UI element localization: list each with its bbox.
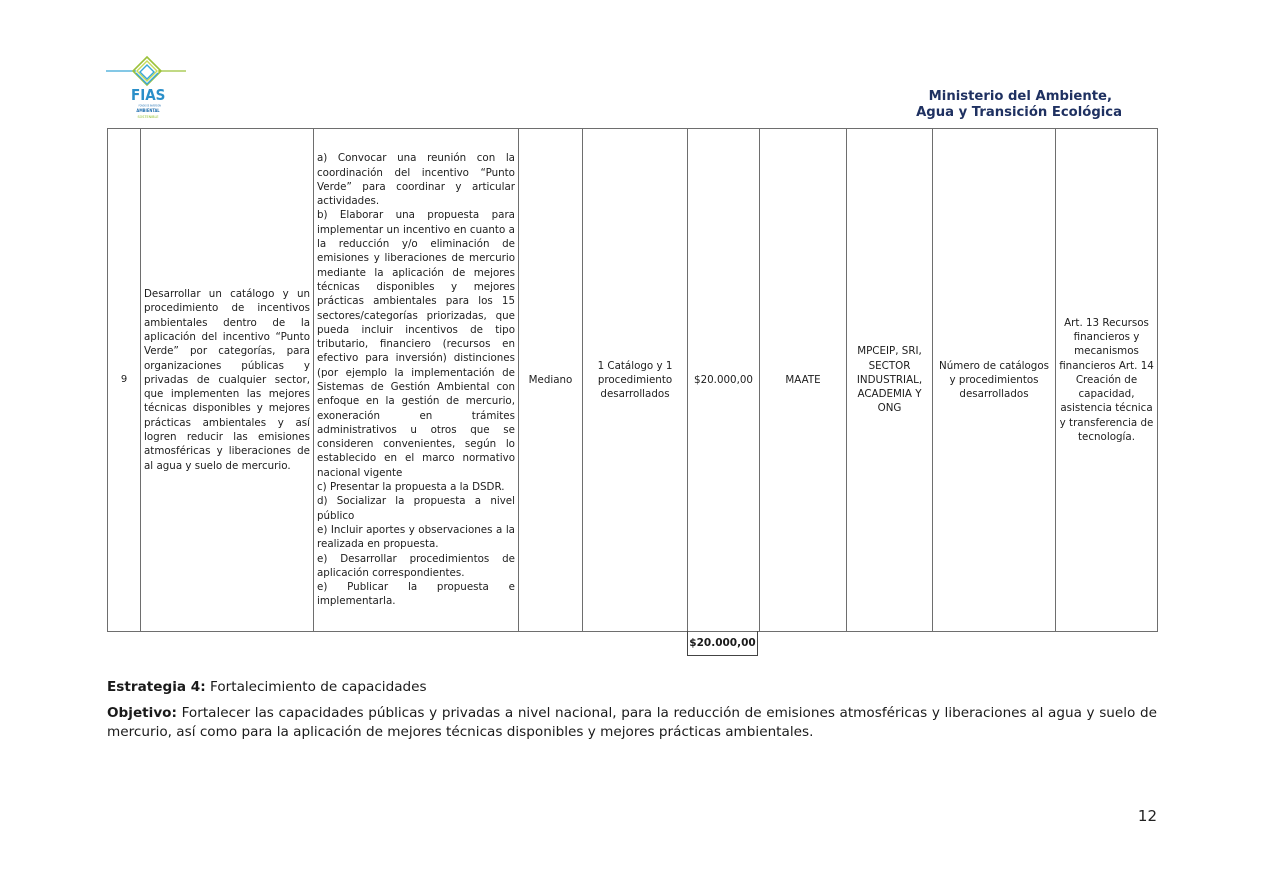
activity-item: a) Convocar una reunión con la coordinac… [317, 151, 515, 208]
fias-subtitle-2: AMBIENTAL [134, 109, 161, 114]
partners-cell: MPCEIP, SRI, SECTOR INDUSTRIAL, ACADEMIA… [847, 129, 933, 632]
activity-item: b) Elaborar una propuesta para implement… [317, 208, 515, 480]
activity-item: e) Publicar la propuesta e implementarla… [317, 580, 515, 609]
responsible-cell: MAATE [760, 129, 847, 632]
fias-subtitle-3: SOSTENIBLE [135, 115, 161, 120]
ministry-line-2: Agua y Transición Ecológica [916, 105, 1122, 121]
budget-cell: $20.000,00 [688, 129, 760, 632]
activities-cell: a) Convocar una reunión con la coordinac… [314, 129, 519, 632]
term-cell: Mediano [519, 129, 583, 632]
ministry-logo-text: Ministerio del Ambiente, Agua y Transici… [916, 89, 1122, 121]
row-number-cell: 9 [108, 129, 141, 632]
fias-subtitle-1: FONDO DE INVERSIÓN [139, 104, 158, 107]
ministry-line-1: Ministerio del Ambiente, [916, 89, 1122, 105]
strategy-heading: Estrategia 4: Fortalecimiento de capacid… [107, 678, 1157, 697]
activity-item: e) Incluir aportes y observaciones a la … [317, 523, 515, 552]
indicator-cell: Número de catálogos y procedimientos des… [933, 129, 1056, 632]
objective-paragraph: Objetivo: Fortalecer las capacidades púb… [107, 704, 1157, 742]
table-row: 9 Desarrollar un catálogo y un procedimi… [108, 129, 1158, 632]
articles-cell: Art. 13 Recursos financieros y mecanismo… [1056, 129, 1158, 632]
goal-cell: 1 Catálogo y 1 procedimiento desarrollad… [583, 129, 688, 632]
activity-item: c) Presentar la propuesta a la DSDR. [317, 480, 515, 494]
strategy-text: Fortalecimiento de capacidades [206, 679, 427, 695]
activity-item: d) Socializar la propuesta a nivel públi… [317, 494, 515, 523]
page-number: 12 [1138, 807, 1157, 825]
strategy-label: Estrategia 4: [107, 679, 206, 695]
budget-total: $20.000,00 [687, 631, 758, 656]
action-plan-table: 9 Desarrollar un catálogo y un procedimi… [107, 128, 1158, 632]
objective-text: Fortalecer las capacidades públicas y pr… [107, 705, 1157, 740]
objective-label: Objetivo: [107, 705, 177, 721]
fias-logo-text: FIAS FONDO DE INVERSIÓN AMBIENTAL SOSTEN… [131, 88, 165, 120]
objective-cell: Desarrollar un catálogo y un procedimien… [141, 129, 314, 632]
activity-item: e) Desarrollar procedimientos de aplicac… [317, 552, 515, 581]
fias-title: FIAS [131, 88, 165, 103]
